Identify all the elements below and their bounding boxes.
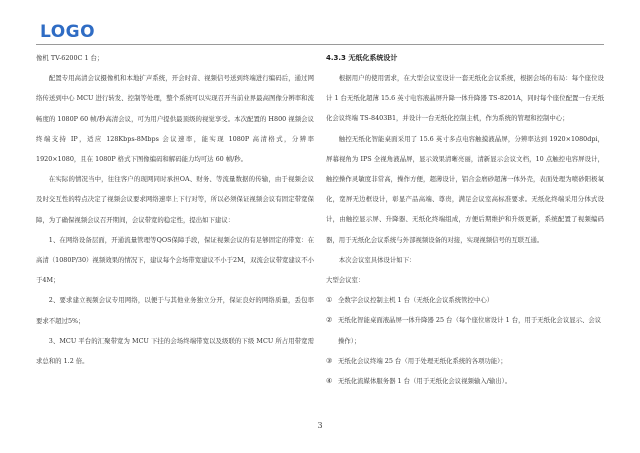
equipment-text: 无纸化流媒体服务器 1 台（用于无纸化会议视频输入/输出）。 bbox=[338, 371, 604, 391]
circled-number: ① bbox=[326, 290, 338, 310]
suggestion-item: 1、在网络设备层面，开通流量管理等QOS保障手段，保证视频会议的有足够固定的带宽… bbox=[36, 230, 314, 291]
right-column: 4.3.3 无纸化系统设计 根据用户的使用需求，在大型会议室设计一套无纸化会议系… bbox=[326, 48, 604, 391]
circled-number: ② bbox=[326, 310, 338, 350]
header-divider bbox=[36, 44, 604, 45]
paragraph-hd-camera: 配置专用高清会议摄像机和本地扩声系统，开会时音、视频信号送到终端进行编码后，通过… bbox=[36, 68, 314, 169]
paragraph-bandwidth: 在实际的情况当中，往往客户的现网同时承担OA、财务、等流量数据的传输，由于视频会… bbox=[36, 169, 314, 230]
circled-number: ③ bbox=[326, 351, 338, 371]
left-column: 像机 TV-6200C 1 台； 配置专用高清会议摄像机和本地扩声系统，开会时音… bbox=[36, 48, 314, 371]
suggestion-item: 2、要求建立视频会议专用网络，以便于与其他业务独立分开，保证良好的网络质量，丢包… bbox=[36, 290, 314, 330]
paragraph-touch-desktop: 触控无纸化智能桌面采用了 15.6 英寸多点电容触摸液晶屏，分辨率达到 1920… bbox=[326, 129, 604, 250]
logo: LOGO bbox=[40, 24, 95, 41]
equipment-item: ① 全数字会议控制主机 1 台（无纸化会议系统管控中心） bbox=[326, 290, 604, 310]
continued-line: 像机 TV-6200C 1 台； bbox=[36, 48, 314, 68]
equipment-text: 全数字会议控制主机 1 台（无纸化会议系统管控中心） bbox=[338, 290, 604, 310]
equipment-item: ④ 无纸化流媒体服务器 1 台（用于无纸化会议视频输入/输出）。 bbox=[326, 371, 604, 391]
circled-number: ④ bbox=[326, 371, 338, 391]
equipment-item: ③ 无纸化会议终端 25 台（用于处理无纸化系统的各项功能）； bbox=[326, 351, 604, 371]
paragraph-design-intro: 本次会议室具体设计如下： bbox=[326, 250, 604, 270]
page-number: 3 bbox=[312, 421, 328, 430]
room-label: 大型会议室： bbox=[326, 270, 604, 290]
section-title: 4.3.3 无纸化系统设计 bbox=[326, 48, 604, 68]
equipment-item: ② 无纸化智能桌面液晶屏一体升降器 25 台（每个座位席设计 1 台，用于无纸化… bbox=[326, 310, 604, 350]
paragraph-requirements: 根据用户的使用需求，在大型会议室设计一套无纸化会议系统，根据会场的布局：每个座位… bbox=[326, 68, 604, 129]
equipment-text: 无纸化会议终端 25 台（用于处理无纸化系统的各项功能）； bbox=[338, 351, 604, 371]
equipment-text: 无纸化智能桌面液晶屏一体升降器 25 台（每个座位席设计 1 台，用于无纸化会议… bbox=[338, 310, 604, 350]
suggestion-item: 3、MCU 平台的汇聚带宽为 MCU 下挂的会场终端带宽以及级联的下级 MCU … bbox=[36, 331, 314, 371]
